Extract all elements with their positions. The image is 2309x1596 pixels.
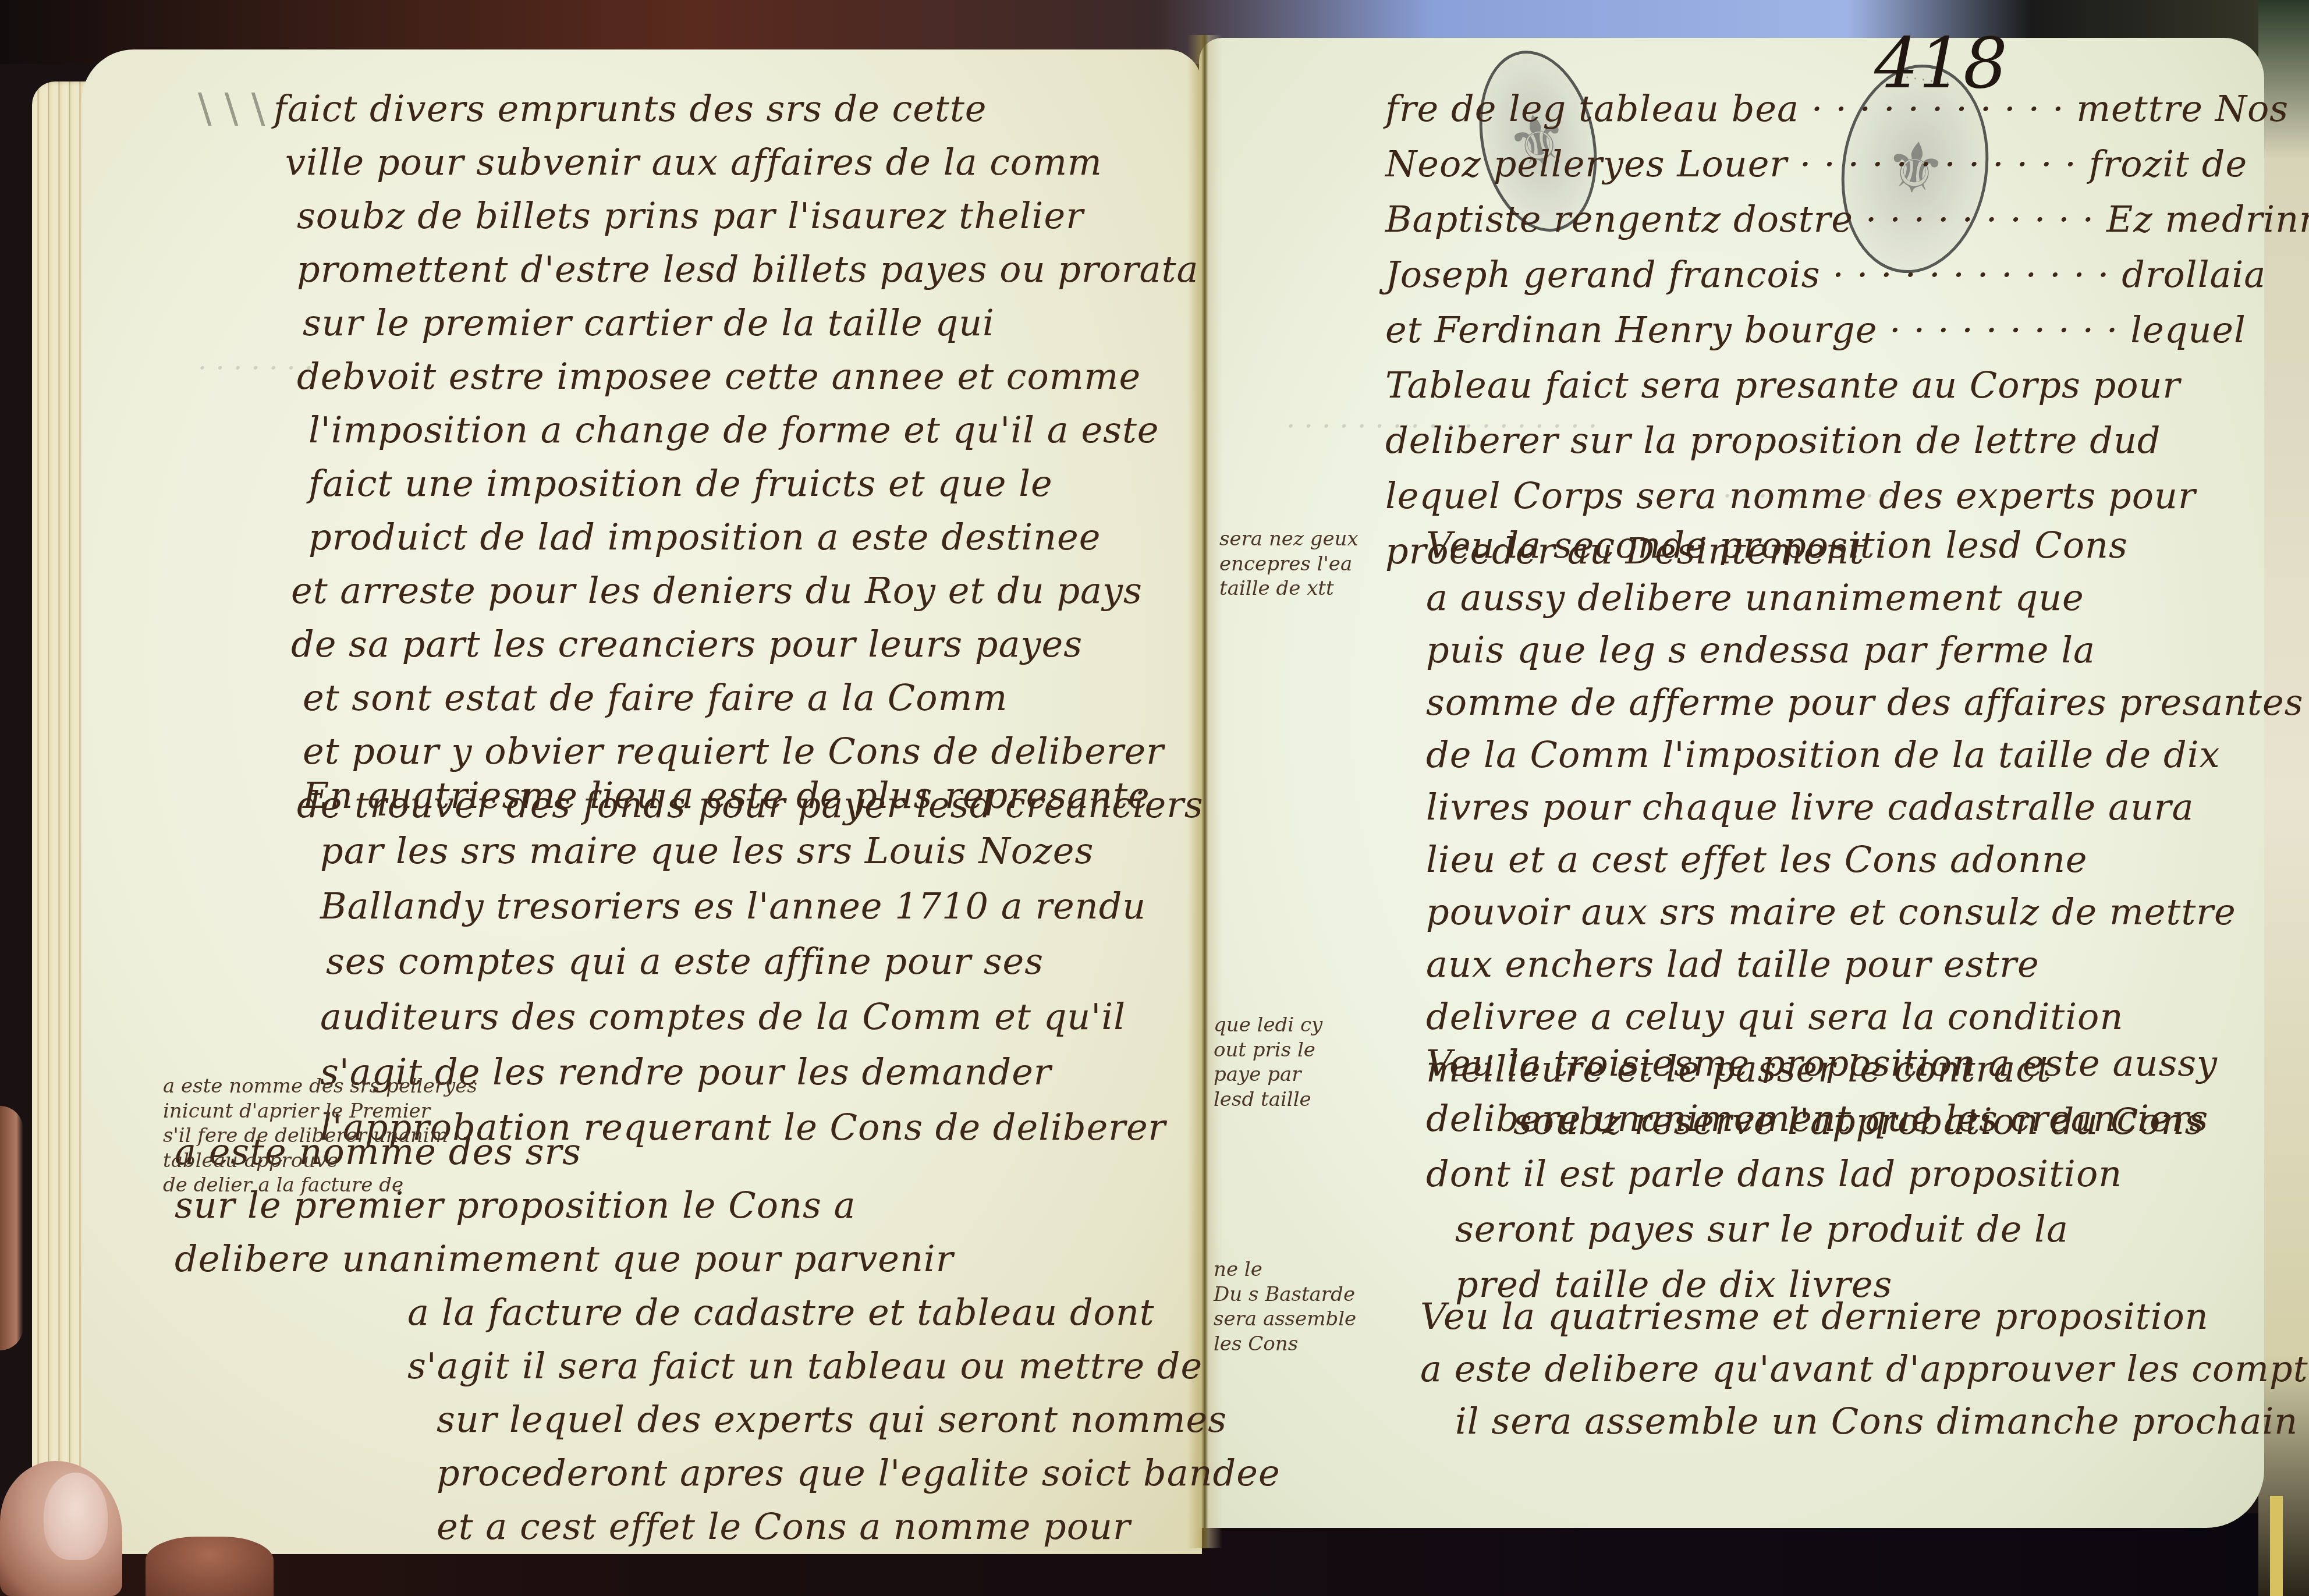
- manuscript-line: et Ferdinan Henry bourge · · · · · · · ·…: [1385, 308, 2246, 351]
- holding-finger-bottom: [146, 1537, 274, 1596]
- manuscript-line: produict de lad imposition a este destin…: [308, 516, 1101, 558]
- manuscript-line: sur le premier cartier de la taille qui: [303, 302, 995, 344]
- manuscript-line: sur lequel des experts qui seront nommes: [437, 1398, 1227, 1441]
- gold-strip: [2270, 1496, 2283, 1596]
- right-margin-note-2: que ledi cy out pris le paye par lesd ta…: [1214, 1013, 1322, 1112]
- manuscript-line: l'imposition a change de forme et qu'il …: [308, 409, 1159, 451]
- left-hand-fingers: [0, 1106, 23, 1350]
- manuscript-line: auditeurs des comptes de la Comm et qu'i…: [320, 995, 1126, 1038]
- manuscript-line: a aussy delibere unanimement que: [1426, 576, 2084, 619]
- manuscript-line: ses comptes qui a este affine pour ses: [326, 940, 1044, 983]
- manuscript-line: lieu et a cest effet les Cons adonne: [1426, 838, 2088, 881]
- manuscript-line: a la facture de cadastre et tableau dont: [407, 1291, 1155, 1333]
- manuscript-line: lequel Corps sera nomme des experts pour: [1385, 474, 2196, 517]
- manuscript-line: pouvoir aux srs maire et consulz de mett…: [1426, 891, 2236, 933]
- manuscript-line: et pour y obvier requiert le Cons de del…: [303, 730, 1164, 772]
- manuscript-line: Veu la seconde proposition lesd Cons: [1426, 524, 2128, 566]
- manuscript-line: Baptiste rengentz dostre · · · · · · · ·…: [1385, 198, 2309, 240]
- manuscript-line: Ballandy tresoriers es l'annee 1710 a re…: [320, 885, 1146, 927]
- manuscript-line: somme de afferme pour des affaires presa…: [1426, 681, 2303, 723]
- manuscript-line: delivree a celuy qui sera la condition: [1426, 995, 2123, 1038]
- manuscript-line: par les srs maire que les srs Louis Noze…: [320, 829, 1094, 872]
- manuscript-line: et a cest effet le Cons a nomme pour: [437, 1505, 1131, 1548]
- right-margin-note-3: ne le Du s Bastarde sera assemble les Co…: [1214, 1257, 1356, 1356]
- manuscript-line: promettent d'estre lesd billets payes ou…: [297, 248, 1198, 290]
- manuscript-line: aux enchers lad taille pour estre: [1426, 943, 2040, 985]
- manuscript-line: delibere unanimement que pour parvenir: [175, 1237, 953, 1280]
- manuscript-line: Veu la troisiesme proposition a este aus…: [1426, 1042, 2218, 1084]
- manuscript-line: de sa part les creanciers pour leurs pay…: [291, 623, 1083, 665]
- manuscript-line: livres pour chaque livre cadastralle aur…: [1426, 786, 2194, 828]
- manuscript-line: procederont apres que l'egalite soict ba…: [437, 1452, 1281, 1494]
- manuscript-line: faict une imposition de fruicts et que l…: [308, 462, 1053, 505]
- manuscript-line: Veu la quatriesme et derniere propositio…: [1420, 1295, 2209, 1338]
- manuscript-line: Joseph gerand francois · · · · · · · · ·…: [1385, 253, 2266, 296]
- manuscript-line: Tableau faict sera presante au Corps pou…: [1385, 364, 2180, 406]
- manuscript-line: s'agit il sera faict un tableau ou mettr…: [407, 1345, 1203, 1387]
- right-margin-note-1: sera nez geux encepres l'ea taille de xt…: [1219, 527, 1359, 601]
- bleed-through-text: · · · · · · ·: [198, 352, 313, 385]
- manuscript-line: delibere unanimement que les creanciers: [1426, 1097, 2208, 1140]
- manuscript-line: de la Comm l'imposition de la taille de …: [1426, 733, 2220, 776]
- left-margin-note: a este nomme des srs pelleryes inicunt d…: [163, 1074, 477, 1198]
- manuscript-line: il sera assemble un Cons dimanche procha…: [1455, 1400, 2298, 1442]
- manuscript-line: deliberer sur la proposition de lettre d…: [1385, 419, 2161, 462]
- manuscript-line: faict divers emprunts des srs de cette: [274, 87, 987, 130]
- manuscript-line: dont il est parle dans lad proposition: [1426, 1152, 2122, 1195]
- manuscript-line: fre de leg tableau bea · · · · · · · · ·…: [1385, 87, 2289, 130]
- pencil-marks: \ \ \: [198, 84, 265, 132]
- manuscript-line: debvoit estre imposee cette annee et com…: [297, 355, 1141, 398]
- manuscript-line: Neoz pelleryes Louer · · · · · · · · · ·…: [1385, 143, 2247, 185]
- manuscript-line: et arreste pour les deniers du Roy et du…: [291, 569, 1143, 612]
- thumbnail: [44, 1473, 108, 1560]
- manuscript-line: soubz de billets prins par l'isaurez the…: [297, 194, 1084, 237]
- manuscript-line: et sont estat de faire faire a la Comm: [303, 676, 1008, 719]
- manuscript-line: a este delibere qu'avant d'approuver les…: [1420, 1347, 2309, 1390]
- manuscript-line: ville pour subvenir aux affaires de la c…: [285, 141, 1102, 183]
- manuscript-line: seront payes sur le produit de la: [1455, 1208, 2069, 1250]
- manuscript-line: puis que leg s endessa par ferme la: [1426, 629, 2095, 671]
- manuscript-line: En quatriesme lieu a este de plus repres…: [303, 774, 1150, 817]
